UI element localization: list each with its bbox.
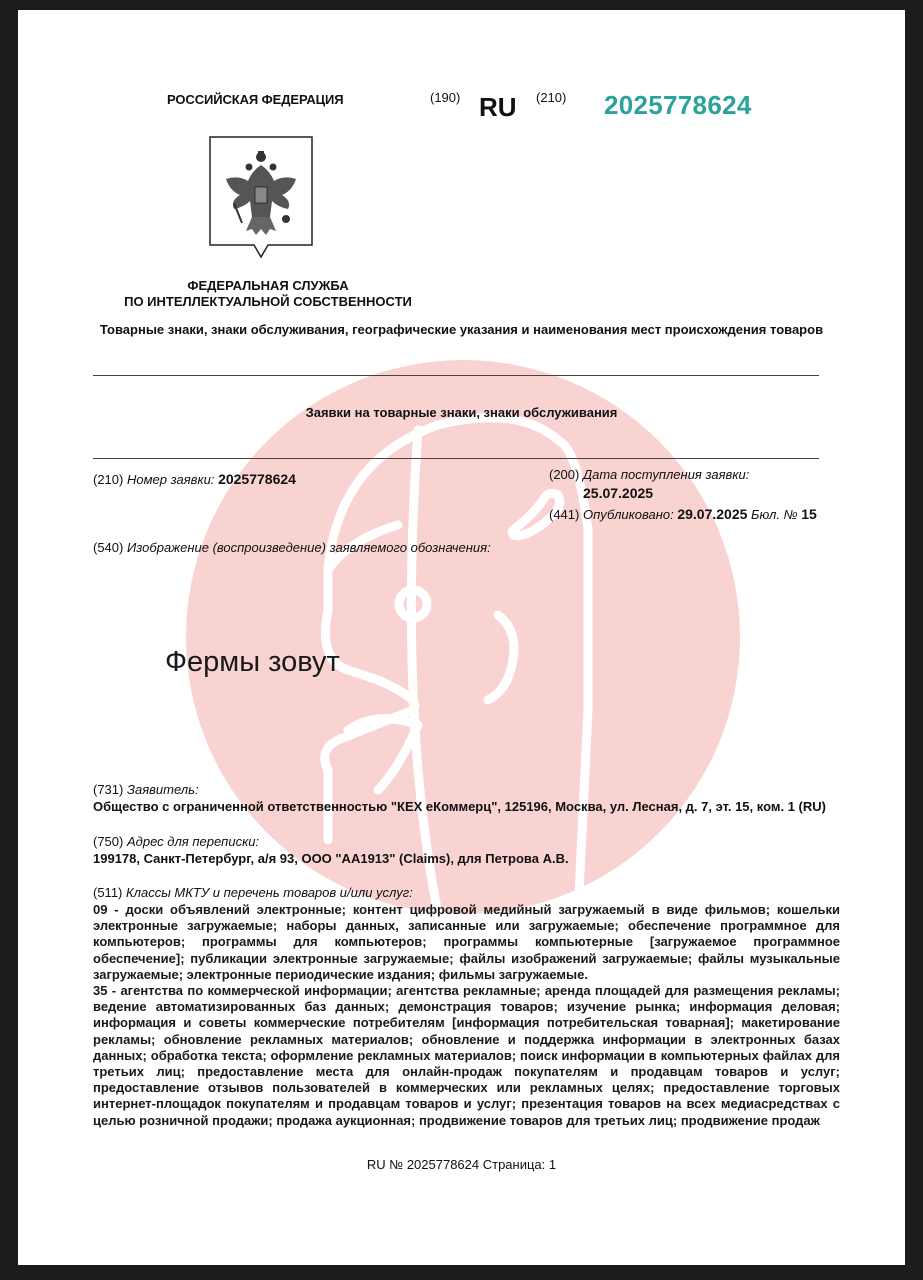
field-code: (731) (93, 782, 123, 797)
document-subtitle: Товарные знаки, знаки обслуживания, геог… (18, 322, 905, 337)
country-name: РОССИЙСКАЯ ФЕДЕРАЦИЯ (167, 92, 344, 107)
agency-line-2: ПО ИНТЕЛЛЕКТУАЛЬНОЙ СОБСТВЕННОСТИ (88, 294, 448, 310)
field-value: 2025778624 (218, 471, 296, 487)
field-code: (441) (549, 507, 579, 522)
bulletin-number: 15 (801, 506, 817, 522)
field-application-number: (210) Номер заявки: 2025778624 (93, 471, 296, 487)
goods-services-list: 09 - доски объявлений электронные; конте… (93, 902, 840, 1129)
page-footer: RU № 2025778624 Страница: 1 (18, 1157, 905, 1172)
filing-date-value: 25.07.2025 (583, 485, 653, 501)
field-label: Классы МКТУ и перечень товаров и/или усл… (126, 885, 413, 900)
divider-bottom (93, 458, 819, 459)
field-filing-date: (200) Дата поступления заявки: (549, 467, 749, 482)
field-correspondence: (750) Адрес для переписки: (93, 834, 259, 849)
field-code: (210) (93, 472, 123, 487)
agency-name: ФЕДЕРАЛЬНАЯ СЛУЖБА ПО ИНТЕЛЛЕКТУАЛЬНОЙ С… (88, 278, 448, 310)
field-label: Дата поступления заявки: (583, 467, 749, 482)
field-label: Изображение (воспроизведение) заявляемог… (127, 540, 491, 555)
field-label: Адрес для переписки: (127, 834, 259, 849)
field-applicant: (731) Заявитель: (93, 782, 199, 797)
published-date: 29.07.2025 (677, 506, 747, 522)
section-title: Заявки на товарные знаки, знаки обслужив… (18, 405, 905, 420)
document-number: 2025778624 (604, 90, 752, 121)
field-image: (540) Изображение (воспроизведение) заяв… (93, 540, 491, 555)
field-code: (511) (93, 885, 122, 900)
field-code: (200) (549, 467, 579, 482)
trademark-text: Фермы зовут (165, 646, 340, 679)
code-210: (210) (536, 90, 566, 105)
coat-of-arms-icon (208, 135, 314, 261)
divider-top (93, 375, 819, 376)
field-classes: (511) Классы МКТУ и перечень товаров и/и… (93, 885, 413, 900)
document-page: РОССИЙСКАЯ ФЕДЕРАЦИЯ (190) RU (210) 2025… (18, 10, 905, 1265)
field-code: (750) (93, 834, 123, 849)
correspondence-value: 199178, Санкт-Петербург, а/я 93, ООО "АА… (93, 851, 569, 866)
field-code: (540) (93, 540, 123, 555)
class-09-goods: 09 - доски объявлений электронные; конте… (93, 902, 840, 983)
code-190: (190) (430, 90, 460, 105)
field-label: Опубликовано: (583, 507, 674, 522)
agency-line-1: ФЕДЕРАЛЬНАЯ СЛУЖБА (88, 278, 448, 294)
field-label: Номер заявки: (127, 472, 214, 487)
class-35-services: 35 - агентства по коммерческой информаци… (93, 983, 840, 1129)
field-label: Заявитель: (127, 782, 199, 797)
bulletin-label: Бюл. № (751, 507, 798, 522)
country-code: RU (479, 92, 517, 123)
field-published: (441) Опубликовано: 29.07.2025 Бюл. № 15 (549, 506, 817, 522)
applicant-value: Общество с ограниченной ответственностью… (93, 799, 826, 814)
